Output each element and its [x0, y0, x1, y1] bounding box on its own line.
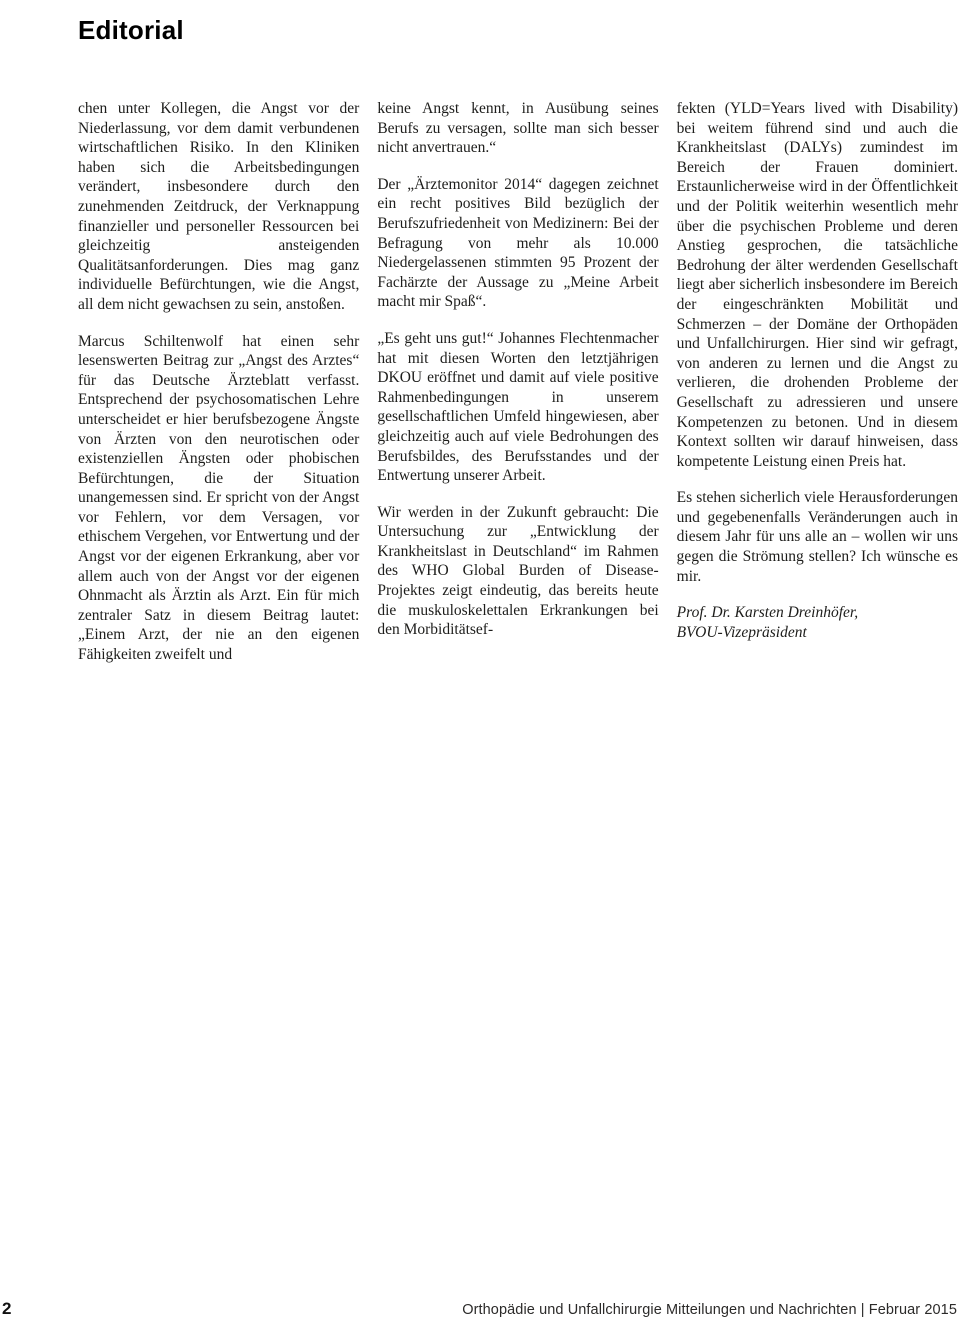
author-signature: Prof. Dr. Karsten Dreinhöfer, BVOU-Vizep…: [677, 603, 958, 642]
text-column-1: chen unter Kollegen, die Angst vor der N…: [78, 99, 359, 682]
paragraph: „Es geht uns gut!“ Johannes Flechtenmach…: [377, 329, 658, 486]
paragraph: keine Angst kennt, in Ausübung seines Be…: [377, 99, 658, 158]
text-column-3: fekten (YLD=Years lived with Disability)…: [677, 99, 958, 682]
paragraph: fekten (YLD=Years lived with Disability)…: [677, 99, 958, 471]
paragraph: Es stehen sicherlich viele Herausforderu…: [677, 488, 958, 586]
footer-page-number: 2: [2, 1299, 11, 1319]
paragraph: Wir werden in der Zukunft gebraucht: Die…: [377, 503, 658, 640]
paragraph: Der „Ärztemonitor 2014“ dagegen zeichnet…: [377, 175, 658, 312]
page-footer: 2 Orthopädie und Unfallchirurgie Mitteil…: [0, 1296, 960, 1320]
page-title: Editorial: [78, 15, 184, 45]
paragraph: Marcus Schiltenwolf hat einen sehr lesen…: [78, 332, 359, 665]
article-body: chen unter Kollegen, die Angst vor der N…: [78, 99, 958, 682]
signature-name: Prof. Dr. Karsten Dreinhöfer,: [677, 603, 958, 623]
paragraph: chen unter Kollegen, die Angst vor der N…: [78, 99, 359, 315]
signature-role: BVOU-Vizepräsident: [677, 623, 958, 643]
footer-journal-line: Orthopädie und Unfallchirurgie Mitteilun…: [462, 1302, 957, 1318]
text-column-2: keine Angst kennt, in Ausübung seines Be…: [377, 99, 658, 682]
